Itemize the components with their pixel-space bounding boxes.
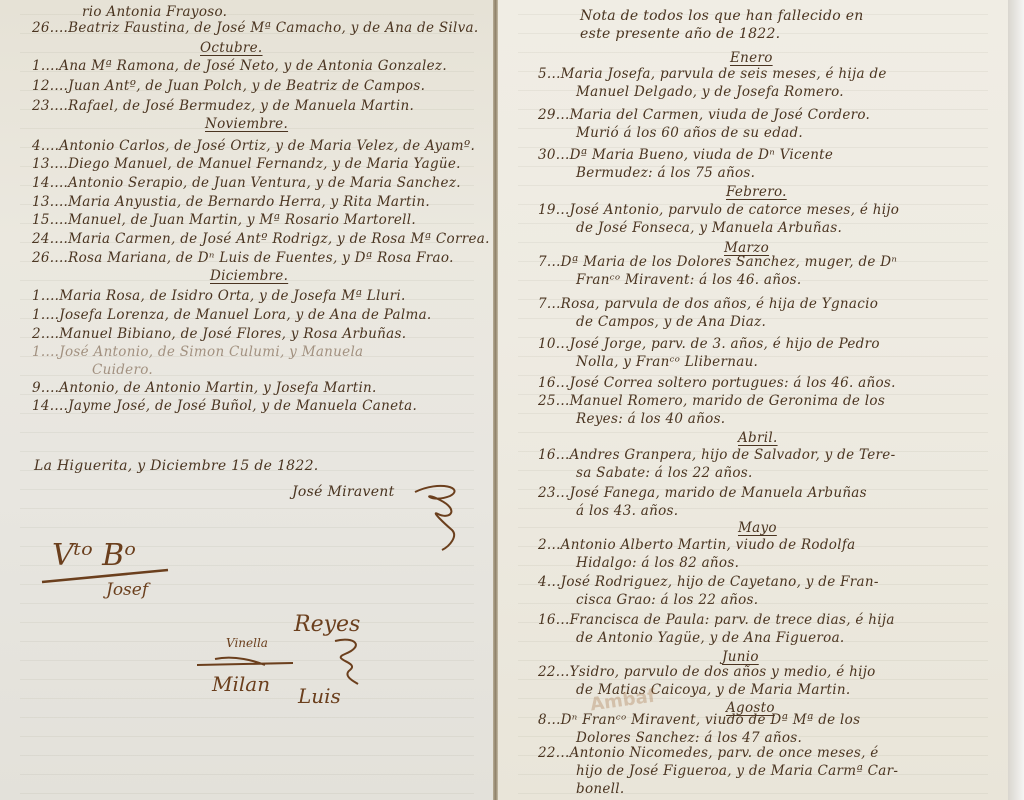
entry-text: Antonio Carlos, de José Ortiz, y de Mari… bbox=[59, 138, 475, 154]
show-through-line bbox=[20, 242, 474, 243]
leader-dots: ... bbox=[556, 485, 570, 501]
entry-text: Diego Manuel, de Manuel Fernandz, y de M… bbox=[68, 156, 461, 172]
entry-text: José Antonio, de Simon Culumi, y Manuela bbox=[59, 344, 363, 360]
baptism-entry: rio Antonia Frayoso. bbox=[82, 4, 227, 20]
death-entry-continuation: Bermudez: á los 75 años. bbox=[576, 165, 755, 181]
entry-text: Maria Anyustia, de Bernardo Herra, y Rit… bbox=[68, 194, 430, 210]
show-through-line bbox=[518, 641, 988, 642]
baptism-entry: 14....Antonio Serapio, de Juan Ventura, … bbox=[32, 175, 461, 191]
entry-day: 25 bbox=[538, 393, 556, 409]
show-through-line bbox=[20, 299, 474, 300]
entry-day: 22 bbox=[538, 745, 556, 761]
death-entry-continuation: Manuel Delgado, y de Josefa Romero. bbox=[576, 84, 844, 100]
show-through-line bbox=[518, 90, 988, 91]
show-through-line bbox=[20, 432, 474, 433]
leader-dots: .... bbox=[50, 175, 68, 191]
show-through-line bbox=[20, 223, 474, 224]
reyes-flourish-icon bbox=[330, 636, 370, 686]
witness-reyes: Reyes bbox=[294, 612, 360, 637]
show-through-line bbox=[20, 71, 474, 72]
baptism-entry: 24....Maria Carmen, de José Antº Rodrigz… bbox=[32, 231, 490, 247]
entry-day: 23 bbox=[32, 98, 50, 114]
show-through-line bbox=[518, 375, 988, 376]
show-through-line bbox=[518, 128, 988, 129]
baptism-entry: 23....Rafael, de José Bermudez, y de Man… bbox=[32, 98, 414, 114]
show-through-line bbox=[518, 394, 988, 395]
show-through-line bbox=[20, 755, 474, 756]
show-through-line bbox=[518, 717, 988, 718]
entry-text: José Jorge, parv. de 3. años, é hijo de … bbox=[570, 336, 880, 352]
show-through-line bbox=[518, 679, 988, 680]
entry-day: 23 bbox=[538, 485, 556, 501]
baptism-entry: 4....Antonio Carlos, de José Ortiz, y de… bbox=[32, 138, 475, 154]
leader-dots: .... bbox=[41, 307, 59, 323]
death-entry: 23...José Fanega, marido de Manuela Arbu… bbox=[538, 485, 867, 501]
death-entry: 22...Antonio Nicomedes, parv. de once me… bbox=[538, 745, 879, 761]
entry-text: Manuel Romero, marido de Geronima de los bbox=[570, 393, 886, 409]
entry-text: Dª Maria de los Dolores Sanchez, muger, … bbox=[561, 254, 897, 270]
show-through-line bbox=[20, 489, 474, 490]
show-through-line bbox=[518, 451, 988, 452]
register-title-line-1: Nota de todos los que han fallecido en bbox=[580, 8, 864, 24]
show-through-line bbox=[518, 166, 988, 167]
entry-text: Andres Granpera, hijo de Salvador, y de … bbox=[570, 447, 896, 463]
death-entry: 4...José Rodriguez, hijo de Cayetano, y … bbox=[538, 574, 879, 590]
death-entry: 25...Manuel Romero, marido de Geronima d… bbox=[538, 393, 885, 409]
baptism-entry: 14....Jayme José, de José Buñol, y de Ma… bbox=[32, 398, 417, 414]
show-through-line bbox=[20, 261, 474, 262]
entry-day: 12 bbox=[32, 78, 50, 94]
show-through-line bbox=[518, 432, 988, 433]
show-through-line bbox=[518, 793, 988, 794]
death-entry-continuation: bonell. bbox=[576, 781, 624, 797]
show-through-line bbox=[518, 470, 988, 471]
show-through-line bbox=[20, 166, 474, 167]
leader-dots: .... bbox=[50, 212, 68, 228]
leader-dots: ... bbox=[556, 147, 570, 163]
show-through-line bbox=[518, 584, 988, 585]
entry-day: 24 bbox=[32, 231, 50, 247]
approval-name: Josef bbox=[106, 580, 148, 600]
month-heading: Diciembre. bbox=[210, 268, 288, 284]
entry-day: 1 bbox=[32, 344, 41, 360]
show-through-line bbox=[20, 52, 474, 53]
show-through-line bbox=[20, 128, 474, 129]
show-through-line bbox=[20, 185, 474, 186]
entry-day: 22 bbox=[538, 664, 556, 680]
death-entry: 16...Francisca de Paula: parv. de trece … bbox=[538, 612, 895, 628]
entry-day: 14 bbox=[32, 398, 50, 414]
register-title-line-2: este presente año de 1822. bbox=[580, 26, 780, 42]
leader-dots: .... bbox=[50, 78, 68, 94]
month-heading: Mayo bbox=[738, 520, 777, 536]
entry-day: 4 bbox=[32, 138, 41, 154]
show-through-line bbox=[518, 565, 988, 566]
signer-name: José Miravent bbox=[292, 484, 395, 500]
show-through-line bbox=[518, 755, 988, 756]
leader-dots: ... bbox=[556, 447, 570, 463]
show-through-line bbox=[20, 698, 474, 699]
death-entry-continuation: hijo de José Figueroa, y de Maria Carmª … bbox=[576, 763, 898, 779]
leader-dots: ... bbox=[547, 66, 561, 82]
month-heading: Octubre. bbox=[200, 40, 263, 56]
show-through-line bbox=[518, 774, 988, 775]
show-through-line bbox=[20, 622, 474, 623]
entry-day: 16 bbox=[538, 612, 556, 628]
entry-day: 4 bbox=[538, 574, 547, 590]
death-entry-continuation: de Campos, y de Ana Diaz. bbox=[576, 314, 766, 330]
show-through-line bbox=[20, 90, 474, 91]
show-through-line bbox=[518, 261, 988, 262]
show-through-line bbox=[518, 318, 988, 319]
leader-dots: ... bbox=[547, 254, 561, 270]
leader-dots: .... bbox=[50, 250, 68, 266]
entry-day: 14 bbox=[32, 175, 50, 191]
death-entry: 16...José Correa soltero portugues: á lo… bbox=[538, 375, 896, 391]
witness-luis: Luis bbox=[298, 684, 341, 708]
witness-underline-icon bbox=[195, 655, 295, 671]
death-entry: 10...José Jorge, parv. de 3. años, é hij… bbox=[538, 336, 880, 352]
show-through-line bbox=[518, 147, 988, 148]
show-through-line bbox=[518, 109, 988, 110]
entry-text: Maria Carmen, de José Antº Rodrigz, y de… bbox=[68, 231, 490, 247]
entry-text: Ysidro, parvulo de dos años y medio, é h… bbox=[570, 664, 876, 680]
show-through-line bbox=[20, 793, 474, 794]
show-through-line bbox=[20, 204, 474, 205]
death-entry: 2...Antonio Alberto Martin, viudo de Rod… bbox=[538, 537, 856, 553]
leader-dots: .... bbox=[50, 398, 68, 414]
entry-day: 7 bbox=[538, 254, 547, 270]
death-entry-continuation: Dolores Sanchez: á los 47 años. bbox=[576, 730, 802, 746]
entry-day: 26 bbox=[32, 250, 50, 266]
baptism-entry: 2....Manuel Bibiano, de José Flores, y R… bbox=[32, 326, 406, 342]
show-through-line bbox=[20, 109, 474, 110]
entry-text: Antonio Serapio, de Juan Ventura, y de M… bbox=[68, 175, 461, 191]
show-through-line bbox=[20, 337, 474, 338]
show-through-line bbox=[20, 717, 474, 718]
death-entry-continuation: de Antonio Yagüe, y de Ana Figueroa. bbox=[576, 630, 845, 646]
entry-day: 1 bbox=[32, 307, 41, 323]
entry-text: Maria Josefa, parvula de seis meses, é h… bbox=[561, 66, 887, 82]
leader-dots: .... bbox=[41, 326, 59, 342]
month-heading: Noviembre. bbox=[205, 116, 288, 132]
entry-day: 16 bbox=[538, 375, 556, 391]
entry-day: 30 bbox=[538, 147, 556, 163]
show-through-line bbox=[518, 185, 988, 186]
entry-text: Maria Rosa, de Isidro Orta, y de Josefa … bbox=[59, 288, 405, 304]
death-entry-continuation: á los 43. años. bbox=[576, 503, 678, 519]
death-entry: 5...Maria Josefa, parvula de seis meses,… bbox=[538, 66, 887, 82]
baptism-entry: 13....Maria Anyustia, de Bernardo Herra,… bbox=[32, 194, 430, 210]
show-through-line bbox=[518, 603, 988, 604]
show-through-line bbox=[518, 280, 988, 281]
baptism-entry: 12....Juan Antº, de Juan Polch, y de Bea… bbox=[32, 78, 425, 94]
leader-dots: .... bbox=[50, 231, 68, 247]
leader-dots: ... bbox=[556, 375, 570, 391]
leader-dots: .... bbox=[41, 288, 59, 304]
leader-dots: ... bbox=[547, 712, 561, 728]
entry-text: Jayme José, de José Buñol, y de Manuela … bbox=[68, 398, 417, 414]
place-date-line: La Higuerita, y Diciembre 15 de 1822. bbox=[34, 458, 319, 474]
show-through-line bbox=[20, 147, 474, 148]
show-through-line bbox=[20, 318, 474, 319]
entry-day: 5 bbox=[538, 66, 547, 82]
approval-underline-icon bbox=[40, 566, 170, 586]
show-through-line bbox=[518, 223, 988, 224]
entry-day: 2 bbox=[32, 326, 41, 342]
death-entry: 8...Dⁿ Franᶜᵒ Miravent, viudo de Dª Mª d… bbox=[538, 712, 860, 728]
show-through-line bbox=[20, 603, 474, 604]
show-through-line bbox=[20, 356, 474, 357]
entry-text: Francisca de Paula: parv. de trece dias,… bbox=[570, 612, 895, 628]
show-through-line bbox=[518, 622, 988, 623]
show-through-line bbox=[518, 508, 988, 509]
leader-dots: ... bbox=[556, 393, 570, 409]
death-entry: 22...Ysidro, parvulo de dos años y medio… bbox=[538, 664, 876, 680]
death-entry-continuation: Hidalgo: á los 82 años. bbox=[576, 555, 739, 571]
death-entry-continuation: sa Sabate: á los 22 años. bbox=[576, 465, 753, 481]
leader-dots: .... bbox=[50, 98, 68, 114]
entry-text: Dª Maria Bueno, viuda de Dⁿ Vicente bbox=[570, 147, 834, 163]
show-through-line bbox=[20, 736, 474, 737]
entry-text: Antonio Alberto Martin, viudo de Rodolfa bbox=[561, 537, 856, 553]
entry-day: 1 bbox=[32, 288, 41, 304]
show-through-line bbox=[20, 33, 474, 34]
show-through-line bbox=[20, 413, 474, 414]
witness-milan: Milan bbox=[212, 672, 270, 696]
death-entry-continuation: cisca Grao: á los 22 años. bbox=[576, 592, 758, 608]
witness-vinella: Vinella bbox=[226, 636, 268, 650]
show-through-line bbox=[518, 242, 988, 243]
page-edge bbox=[1008, 0, 1024, 800]
show-through-line bbox=[20, 508, 474, 509]
entry-day: 15 bbox=[32, 212, 50, 228]
baptism-entry: 1....Josefa Lorenza, de Manuel Lora, y d… bbox=[32, 307, 432, 323]
show-through-line bbox=[518, 527, 988, 528]
show-through-line bbox=[20, 527, 474, 528]
baptism-entry: 26....Rosa Mariana, de Dⁿ Luis de Fuente… bbox=[32, 250, 454, 266]
show-through-line bbox=[20, 394, 474, 395]
entry-day: 13 bbox=[32, 194, 50, 210]
entry-text: Rosa Mariana, de Dⁿ Luis de Fuentes, y D… bbox=[68, 250, 454, 266]
entry-text: Manuel, de Juan Martin, y Mª Rosario Mar… bbox=[68, 212, 416, 228]
show-through-line bbox=[20, 774, 474, 775]
leader-dots: ... bbox=[556, 336, 570, 352]
entry-text: José Correa soltero portugues: á los 46.… bbox=[570, 375, 896, 391]
show-through-line bbox=[518, 204, 988, 205]
show-through-line bbox=[518, 660, 988, 661]
entry-text: Juan Antº, de Juan Polch, y de Beatriz d… bbox=[68, 78, 425, 94]
entry-day: 13 bbox=[32, 156, 50, 172]
leader-dots: ... bbox=[556, 664, 570, 680]
entry-text: Manuel Bibiano, de José Flores, y Rosa A… bbox=[59, 326, 406, 342]
show-through-line bbox=[518, 546, 988, 547]
leader-dots: .... bbox=[41, 138, 59, 154]
signature-flourish-icon bbox=[410, 480, 470, 555]
month-heading: Febrero. bbox=[726, 184, 787, 200]
entry-day: 16 bbox=[538, 447, 556, 463]
show-through-line bbox=[20, 375, 474, 376]
entry-text: José Fanega, marido de Manuela Arbuñas bbox=[570, 485, 867, 501]
show-through-line bbox=[20, 451, 474, 452]
baptism-entry: 1....Maria Rosa, de Isidro Orta, y de Jo… bbox=[32, 288, 406, 304]
leader-dots: ... bbox=[556, 612, 570, 628]
death-entry: 7...Dª Maria de los Dolores Sanchez, mug… bbox=[538, 254, 897, 270]
entry-text: Dⁿ Franᶜᵒ Miravent, viudo de Dª Mª de lo… bbox=[561, 712, 861, 728]
death-entry: 16...Andres Granpera, hijo de Salvador, … bbox=[538, 447, 895, 463]
show-through-line bbox=[518, 337, 988, 338]
entry-text: Antonio Nicomedes, parv. de once meses, … bbox=[570, 745, 879, 761]
leader-dots: ... bbox=[547, 537, 561, 553]
show-through-line bbox=[518, 71, 988, 72]
leader-dots: .... bbox=[50, 156, 68, 172]
entry-text: rio Antonia Frayoso. bbox=[82, 4, 227, 20]
leader-dots: ... bbox=[547, 574, 561, 590]
entry-day: 8 bbox=[538, 712, 547, 728]
show-through-line bbox=[518, 413, 988, 414]
entry-text: Rafael, de José Bermudez, y de Manuela M… bbox=[68, 98, 414, 114]
entry-day: 10 bbox=[538, 336, 556, 352]
leader-dots: ... bbox=[556, 745, 570, 761]
leader-dots: .... bbox=[41, 344, 59, 360]
baptism-entry: 13....Diego Manuel, de Manuel Fernandz, … bbox=[32, 156, 461, 172]
death-entry: 30...Dª Maria Bueno, viuda de Dⁿ Vicente bbox=[538, 147, 833, 163]
show-through-line bbox=[518, 356, 988, 357]
show-through-line bbox=[518, 299, 988, 300]
right-page: Enero5...Maria Josefa, parvula de seis m… bbox=[498, 0, 1008, 800]
show-through-line bbox=[20, 280, 474, 281]
baptism-entry: 15....Manuel, de Juan Martin, y Mª Rosar… bbox=[32, 212, 416, 228]
entry-text: Josefa Lorenza, de Manuel Lora, y de Ana… bbox=[59, 307, 431, 323]
show-through-line bbox=[20, 14, 474, 15]
month-heading: Junio bbox=[722, 649, 759, 665]
baptism-entry: 1....José Antonio, de Simon Culumi, y Ma… bbox=[32, 344, 363, 360]
show-through-line bbox=[518, 736, 988, 737]
entry-day: 2 bbox=[538, 537, 547, 553]
entry-text: José Rodriguez, hijo de Cayetano, y de F… bbox=[561, 574, 879, 590]
leader-dots: .... bbox=[50, 194, 68, 210]
show-through-line bbox=[518, 52, 988, 53]
show-through-line bbox=[518, 489, 988, 490]
